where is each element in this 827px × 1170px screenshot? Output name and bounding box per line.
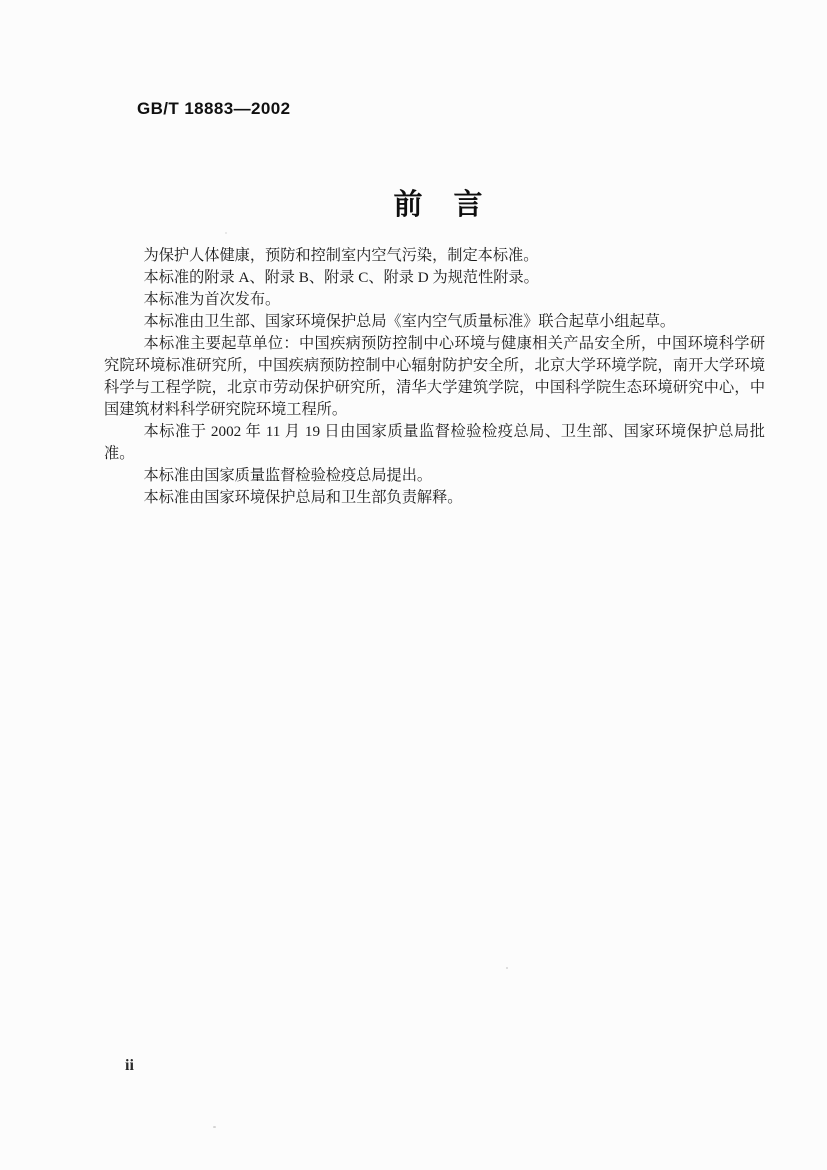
foreword-paragraph: 本标准于 2002 年 11 月 19 日由国家质量监督检验检疫总局、卫生部、国… xyxy=(104,421,765,465)
foreword-paragraph: 本标准主要起草单位：中国疾病预防控制中心环境与健康相关产品安全所，中国环境科学研… xyxy=(104,333,765,421)
foreword-paragraph: 为保护人体健康，预防和控制室内空气污染，制定本标准。 xyxy=(104,245,765,267)
page-number: ii xyxy=(125,1057,134,1075)
foreword-paragraph: 本标准由卫生部、国家环境保护总局《室内空气质量标准》联合起草小组起草。 xyxy=(104,311,765,333)
foreword-paragraph: 本标准的附录 A、附录 B、附录 C、附录 D 为规范性附录。 xyxy=(104,267,765,289)
foreword-title: 前 言 xyxy=(25,182,827,223)
foreword-paragraph: 本标准为首次发布。 xyxy=(104,289,765,311)
scan-speck xyxy=(213,1126,216,1128)
foreword-paragraph: 本标准由国家环境保护总局和卫生部负责解释。 xyxy=(104,487,765,509)
document-page: GB/T 18883—2002 前 言 为保护人体健康，预防和控制室内空气污染，… xyxy=(0,0,827,1170)
standard-code: GB/T 18883—2002 xyxy=(137,99,290,119)
foreword-body: 为保护人体健康，预防和控制室内空气污染，制定本标准。 本标准的附录 A、附录 B… xyxy=(104,245,765,509)
scan-speck xyxy=(225,232,227,234)
foreword-paragraph: 本标准由国家质量监督检验检疫总局提出。 xyxy=(104,465,765,487)
scan-speck xyxy=(506,967,508,969)
